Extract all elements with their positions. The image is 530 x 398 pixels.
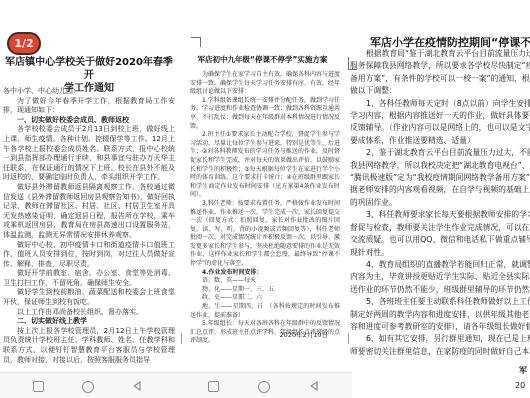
doc1-paragraph: 做好中心校、初中疫情卡口和街道疫情卡口值班工作，值班人员安排到位，按时到岗，对过… [3,241,175,270]
back-triangle-icon[interactable] [131,380,143,392]
doc3-text-line: 要成体系，作业推送要精选、适量） [350,135,530,147]
doc2-title: 军店初中九年级“停课不停学”实施方案 [185,55,340,64]
doc3-text-line: 学习内容，根据内容推送好一天的作业，做好具体要求 [350,110,530,122]
doc1-paragraph: 按上次上报各学校管理员，2月12日上午学校管理员负责统计学校班主任、学科教师、姓… [3,327,175,365]
doc1-paragraph: 以上工作由邓尚备校长组织、督办落实。 [3,308,175,318]
home-circle-icon[interactable] [82,381,94,393]
page-corner-mark-icon [348,57,357,70]
doc2-paragraph: 政、史——星期二、六 [190,294,340,303]
doc2-body: 为确保学生在家学习自主有效，确保各科内容与进度安排一致，确保学生每天学习任务安排… [190,71,340,346]
page-corner-mark-icon [191,37,201,47]
doc3-text-line: 2、鉴于湖北教育云平台目前流量压力过大，不能 [350,147,530,159]
doc3-text-line: 3、科任教师要求家长每天要根据教师安排的学习 [350,209,530,221]
doc3-text-line: 交流质疑。也可以用QQ、微信和电话私下做重点辅导 [350,234,530,246]
doc3-text-line: 6、如有其它安排，另行群里通知，现在已是上班 [350,333,530,345]
doc2-date: 2020年2月10日 [190,330,328,339]
doc2-paragraph: 4.作业发布时间安排： [190,269,340,278]
doc3-date-fragment: 20 [515,381,525,390]
doc1-paragraph: 做好学生到校前粮油、蔬菜配送和校委会上班食堂开伙，保证师生到校有饭吃。 [3,288,175,307]
doc3-text-line: 反馈辅导。（作业内容可以是网络上的，也可以是文字 [350,122,530,134]
doc1-paragraph: 做好开学前教室、宿舍、办公室、食堂等处消毒、卫生打扫工作，不留死角，确保师生安全… [3,269,175,288]
doc1-title-line1: 军店镇中心学校关于做好2020年春季开 [2,56,176,82]
doc2-paragraph: 语、数、英——每天 [190,277,340,286]
doc1-paragraph: 一、切实做好校委会成员、教师返校 [3,116,175,126]
doc3-text-line: 现针对性。 [350,247,530,259]
doc1-paragraph: 各学校校委会成员于2月13日到校上班，做好线上上课、师生疫情、各种计划、控辍保学… [3,125,175,183]
doc3-text-line: 1、各科任教师每天定时（8点以前）向学生安排好 [350,98,530,110]
doc3-text-line: 制定好两周的教学内容和进度安排，以供年级其他老师 [350,309,530,321]
document-page-notice: 1/2 军店镇中心学校关于做好2020年春季开 学工作通知 各中小学、中心幼儿园… [0,0,178,370]
doc3-body: 根据教育局“鉴于湖北教育云平台目前流量压力过大服务保障我县网络教学，所以要求各学… [350,48,530,358]
doc3-text-line: 服务保障我县网络教学，所以要求各学校尽快制定“疫 [350,60,530,72]
doc1-paragraph: 做好县外滞留教师返县隔离观察工作，各校通过微信发送《县外滞留教师返回房县观察告知… [3,183,175,241]
doc3-text-line: 5、各班班主任要主动联系科任教师做好以上工作 [350,296,530,308]
doc1-body: 各中小学、中心幼儿园：为了做好今年春季开学工作，根据教育局工作安排，现通知如下：… [3,87,175,365]
doc3-text-line: “腾讯极速版”定为“我校疫情期间网络教学备用方案”。 [350,172,530,184]
doc2-paragraph: 地、生——星期四、日 （各科按规定的时间发布推送作业，提前准备） [190,303,340,320]
doc1-paragraph: 为了做好今年春季开学工作，根据教育局工作安排，现通知如下： [3,97,175,116]
page-edge-tick-icon [348,333,349,344]
page-count-badge[interactable]: 1/2 [7,32,41,55]
back-triangle-icon[interactable] [308,380,320,392]
stitched-screenshot-root: 1/2 军店镇中心学校关于做好2020年春季开 学工作通知 各中小学、中心幼儿园… [0,0,530,398]
recents-square-icon[interactable] [33,381,44,392]
doc3-text-line: 送作业的环节仍然不能少，班级群里辅导的环节仍然不 [350,284,530,296]
doc2-paragraph: 1.学科组备课组长统一安排并分配任务，做到学习任务、学习进度和作业检查协调一致；… [190,97,340,131]
android-navbar [0,372,352,398]
recents-square-icon[interactable] [208,381,219,392]
doc3-text-line: 据老师安排的内容观看视频，在自学与视频的基础上完 [350,184,530,196]
home-circle-icon[interactable] [258,381,270,393]
doc3-text-line: 督促与检查，教师要关注学生作业完成情况，可以在群 [350,222,530,234]
doc1-paragraph: 各中小学、中心幼儿园： [3,87,175,97]
doc3-text-line: 做以下调整： [350,85,530,97]
doc2-paragraph: 为确保学生在家学习自主有效，确保各科内容与进度安排一致，确保学生每天学习任务安排… [190,71,340,97]
document-page-adjustment: 军店小学在疫情防控期间“停课不停学” 根据教育局“鉴于湖北教育云平台目前流量压力… [350,0,530,398]
doc3-text-line: 根据教育局“鉴于湖北教育云平台目前流量压力过大 [350,48,530,60]
doc3-text-line: 4、教育局组织的直播教学若能回归正常，就调整 [350,259,530,271]
doc3-text-line: 内容为主，毕竟讲授更贴近学生实际、贴近全县实际， [350,271,530,283]
page-edge-tick-icon [181,333,182,344]
doc3-text-line: 师要密切关注群里信息，在家防疫的同时做好自己本职 [350,346,530,358]
doc2-paragraph: 2.班主任①要求家长主动配合学校，督促学生参与学习活动，尽量让每位学生参与进来，… [190,131,340,200]
doc2-paragraph: 3.科任老师：按要求布置任务，严格按作业发布时间推送作业。作业推送一次，学生完成… [190,200,340,269]
doc3-text-line: 我县网络教学，所以我校决定把“湖北教育电视台”、“ [350,160,530,172]
doc3-text-line: 的巩固作业。 [350,197,530,209]
doc1-paragraph: 二、切实做好线上教学 [3,317,175,327]
doc3-text-line: 容和进度可参考教研室的安排），请各年级组长做好督促 [350,321,530,333]
doc3-signature-fragment: 军 [519,365,527,376]
document-page-plan: 军店初中九年级“停课不停学”实施方案 为确保学生在家学习自主有效，确保各科内容与… [185,0,343,370]
doc3-text-line: 备用方案”，有条件的学校可以一校一案”的通知，根据 [350,73,530,85]
